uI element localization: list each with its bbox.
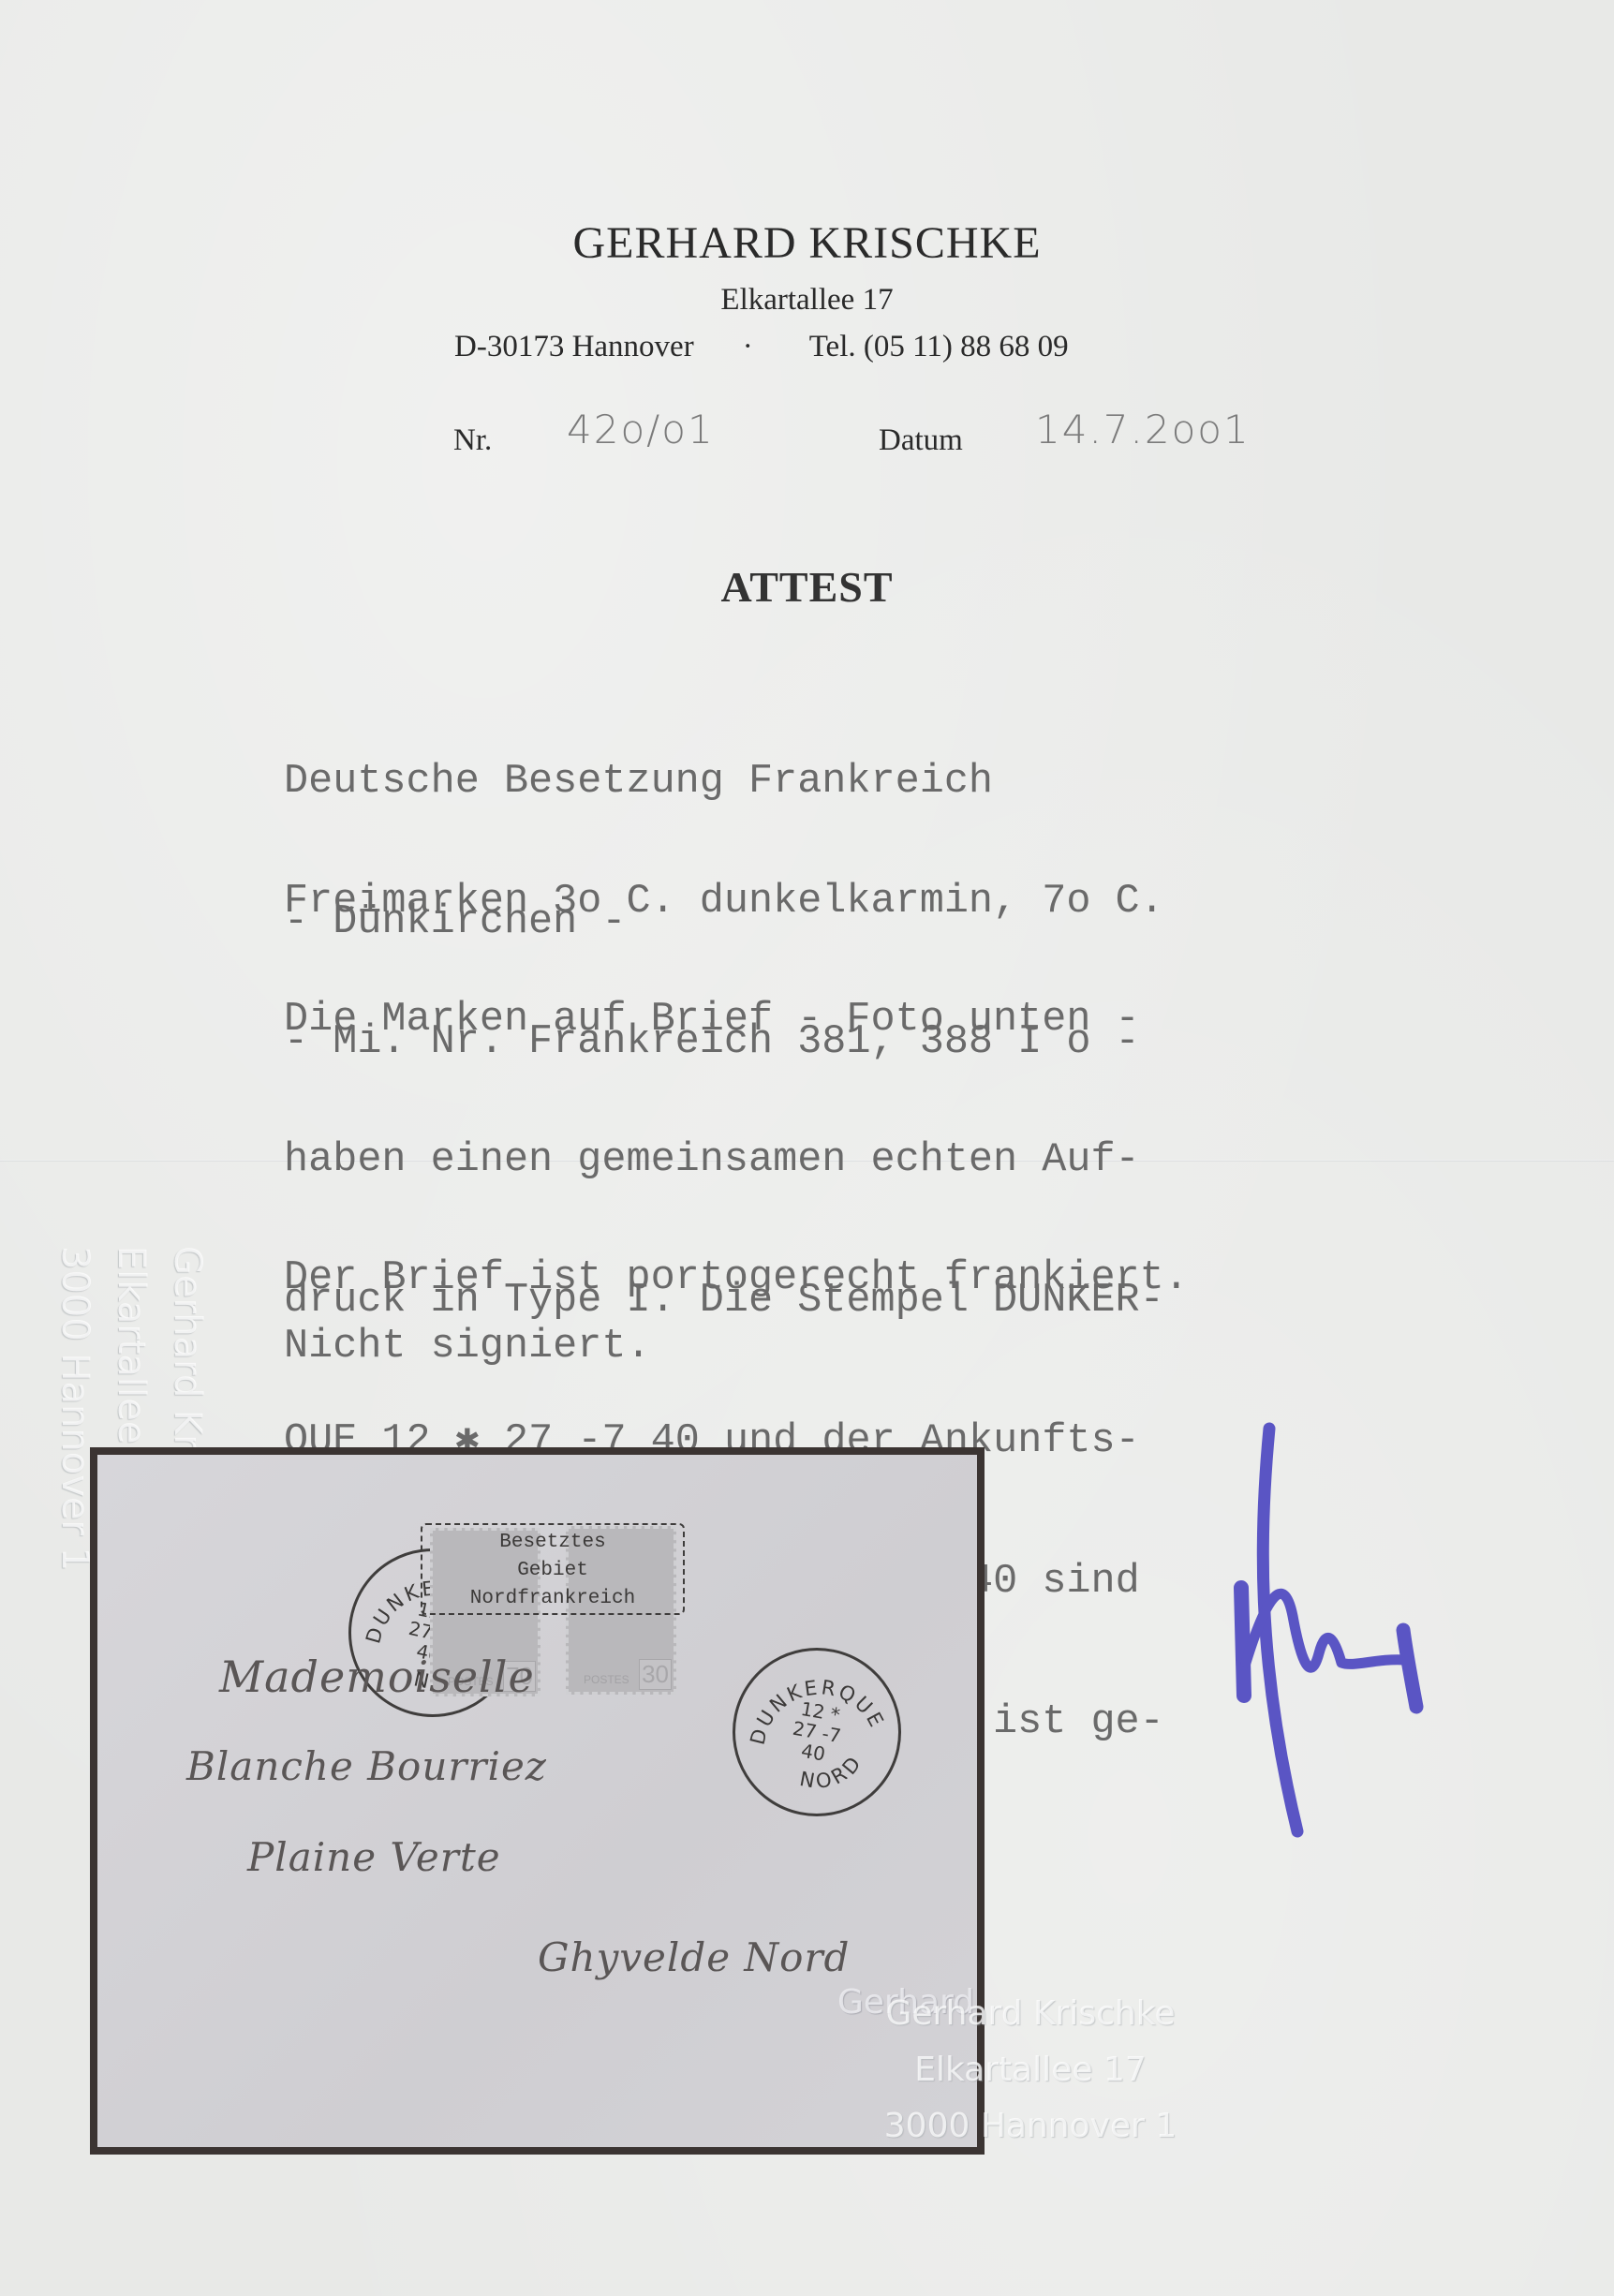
signature-icon (1162, 1415, 1443, 1845)
nr-value: 42o/o1 (567, 407, 715, 452)
address-line: Blanche Bourriez (186, 1743, 547, 1789)
datum-label: Datum (879, 423, 963, 458)
datum-value: 14.7.2oo1 (1035, 407, 1251, 452)
description-line: haben einen gemeinsamen echten Auf- (284, 1137, 1164, 1184)
envelope: DUNKERQUE NORD 12 * 27 -7 40 POSTES 70 P… (97, 1455, 977, 2147)
description-line: Die Marken auf Brief - Foto unten - (284, 997, 1164, 1044)
letterhead-phone: Tel. (05 11) 88 68 09 (809, 330, 1069, 364)
postmark-dunkerque-2: DUNKERQUE NORD 12 * 27 -7 40 (719, 1635, 915, 1830)
cover-photo: DUNKERQUE NORD 12 * 27 -7 40 POSTES 70 P… (90, 1447, 985, 2155)
postage-note: Der Brief ist portogerecht frankiert. (284, 1255, 1189, 1302)
separator-dot: · (743, 330, 753, 364)
letterhead-name: GERHARD KRISCHKE (0, 217, 1614, 269)
document-title: ATTEST (0, 562, 1614, 612)
nr-label: Nr. (453, 423, 492, 458)
address-line: Ghyvelde Nord (538, 1934, 850, 1980)
letterhead-street: Elkartallee 17 (0, 283, 1614, 318)
overprint-box: Besetztes Gebiet Nordfrankreich (421, 1523, 685, 1615)
letterhead-city: D-30173 Hannover (454, 330, 694, 364)
signature-note: Nicht signiert. (284, 1324, 651, 1370)
address-line: Mademoiselle (219, 1652, 535, 1702)
embossed-seal-right: Gerhard Krischke Elkartallee 17 3000 Han… (862, 1986, 1199, 2155)
letterhead-contact: D-30173 Hannover · Tel. (05 11) 88 68 09 (454, 330, 1069, 364)
address-line: Plaine Verte (247, 1834, 501, 1880)
